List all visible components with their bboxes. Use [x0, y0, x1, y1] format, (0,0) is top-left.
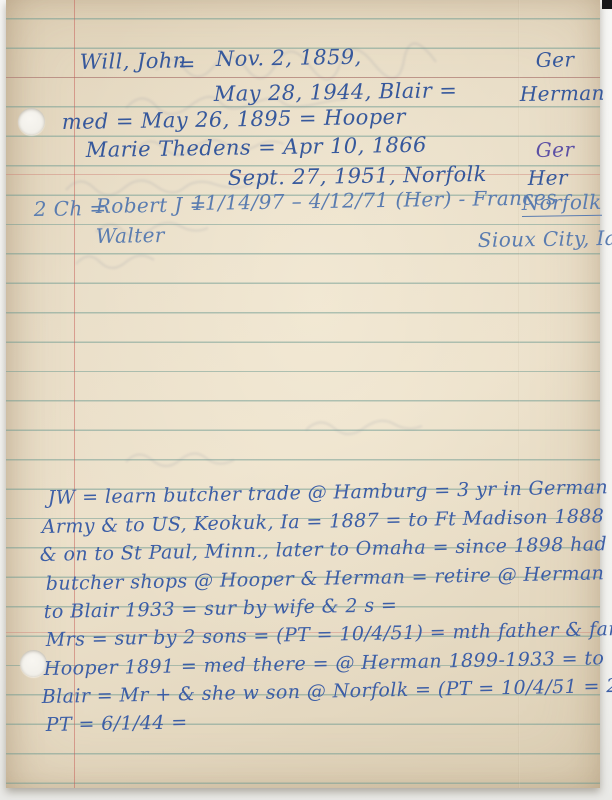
note-line-9: PT = 6/1/44 = — [46, 711, 188, 736]
wife-origin: Ger — [536, 137, 575, 162]
equals-sign: = — [178, 52, 196, 76]
note-line-8: Blair = Mr + & she w son @ Norfolk = (PT… — [42, 674, 612, 708]
note-line-6: Mrs = sur by 2 sons = (PT = 10/4/51) = m… — [46, 617, 612, 651]
note-line-3: & on to St Paul, Minn., later to Omaha =… — [40, 533, 608, 566]
wife-death-date: Sept. 27, 1951, Norfolk — [228, 162, 487, 190]
husband-origin: Ger — [536, 47, 575, 72]
child1-name: Robert J = — [96, 192, 207, 218]
husband-death-date: May 28, 1944, Blair = — [214, 78, 458, 106]
marriage-line: med = May 26, 1895 = Hooper — [62, 105, 406, 134]
red-rule-top — [6, 77, 600, 78]
scanned-document: { "record": { "husband_name": "Will, Joh… — [0, 0, 612, 800]
husband-name: Will, John — [80, 48, 187, 74]
note-line-1: JW = learn butcher trade @ Hamburg = 3 y… — [48, 476, 609, 509]
child1-place: Norfolk — [522, 190, 602, 217]
scan-corner-artifact — [602, 0, 612, 9]
child2-place: Sioux City, Ia. — [478, 226, 612, 252]
note-line-2: Army & to US, Keokuk, Ia = 1887 = to Ft … — [42, 505, 605, 538]
child2-name: Walter — [96, 223, 165, 248]
husband-place-note: Herman — [520, 81, 605, 106]
note-line-4: butcher shops @ Hooper & Herman = retire… — [46, 561, 612, 595]
husband-birth-date: Nov. 2, 1859, — [216, 45, 362, 71]
wife-line: Marie Thedens = Apr 10, 1866 — [86, 133, 427, 162]
notebook-page: Will, John = Nov. 2, 1859, Ger May 28, 1… — [6, 0, 600, 788]
child1-dates: 11/14/97 – 4/12/71 (Her) - Frances — [192, 185, 557, 215]
note-line-7: Hooper 1891 = med there = @ Herman 1899-… — [44, 647, 605, 680]
note-line-5: to Blair 1933 = sur by wife & 2 s = — [44, 594, 398, 623]
punch-hole-top — [18, 108, 45, 135]
